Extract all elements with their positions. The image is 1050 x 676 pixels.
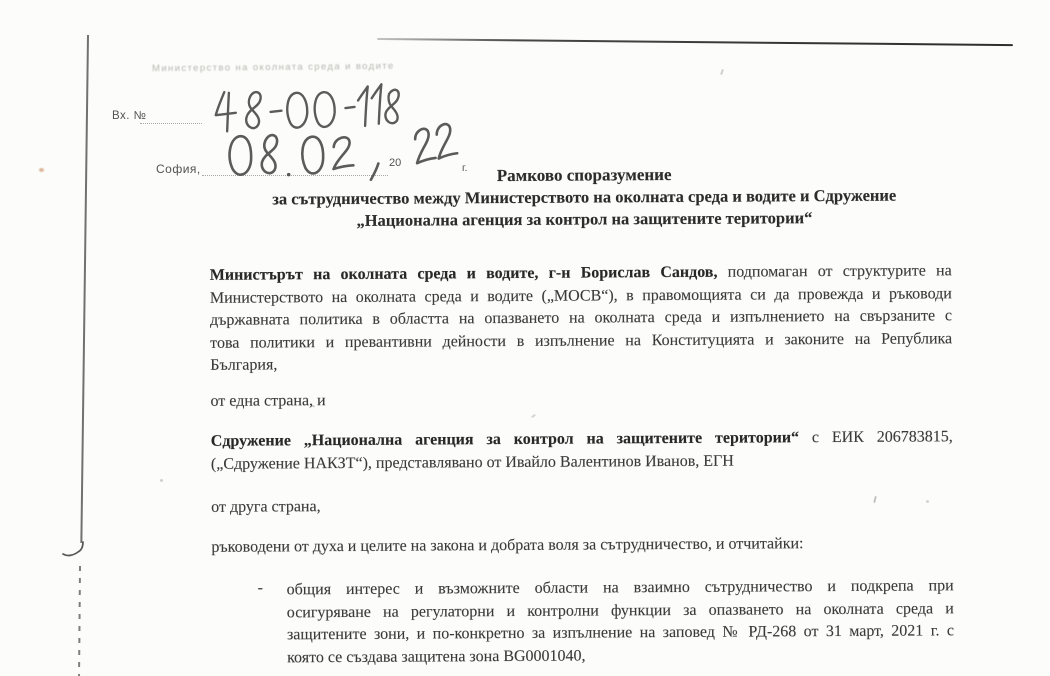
paragraph-association: Сдружение „Национална агенция за контрол… [211,426,953,476]
paragraph-line: („Сдружение НАКЗТ“), представлявано от И… [211,449,953,476]
recitals-intro: ръководени от духа и целите на закона и … [211,535,803,557]
document-scan-page: Министерство на околната среда и водите … [0,0,1050,676]
bullet-marker: - [258,579,263,597]
document-content: Рамково споразумение за сътрудничество м… [0,0,1050,676]
paragraph-line: България, [210,350,952,377]
paragraph-text: подпомаган от структурите на [717,262,951,280]
document-title: Рамково споразумение за сътрудничество м… [199,162,969,233]
bullet-line: общия интерес и възможните области на вз… [287,575,954,602]
side-one-clause: от една страна, и [210,392,325,411]
minister-name-bold: Министърът на околната среда и водите, г… [210,264,718,284]
bullet-line: която се създава защитена зона BG0001040… [287,643,954,670]
bullet-item-common-interest: общия интерес и възможните области на вз… [287,575,955,669]
side-two-clause: от друга страна, [211,498,321,517]
bullet-line: защитените зони, и по-конкретно за изпъл… [287,620,954,647]
title-line-2: за сътрудничество между Министерството н… [199,184,969,211]
paragraph-minister: Министърът на околната среда и водите, г… [210,260,953,377]
paragraph-text: с ЕИК 206783815, [799,428,953,446]
paragraph-line: Сдружение „Национална агенция за контрол… [211,426,953,453]
association-name-bold: Сдружение „Национална агенция за контрол… [211,429,799,450]
paragraph-line: това политики и превантивни дейности в и… [210,328,952,355]
